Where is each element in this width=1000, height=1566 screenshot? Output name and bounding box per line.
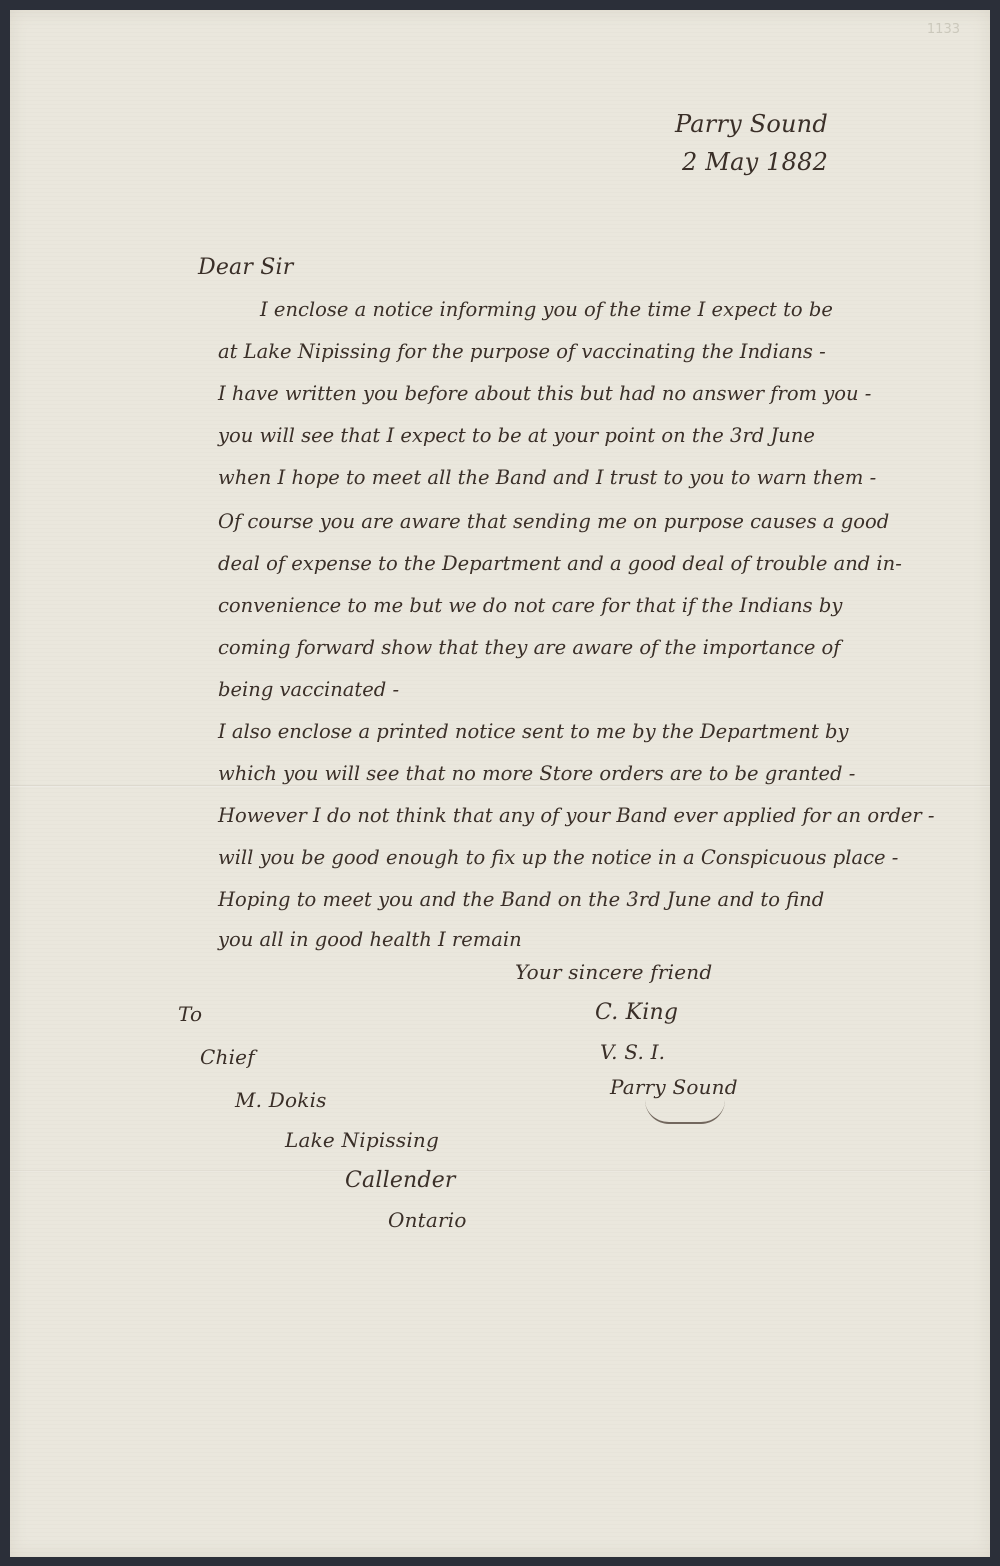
body-line: I enclose a notice informing you of the … xyxy=(260,298,833,321)
signature-title: V. S. I. xyxy=(600,1040,665,1064)
body-line: when I hope to meet all the Band and I t… xyxy=(218,466,876,489)
body-line: being vaccinated - xyxy=(218,678,399,701)
address-line: M. Dokis xyxy=(235,1088,327,1112)
address-line: Ontario xyxy=(388,1208,467,1232)
body-line: coming forward show that they are aware … xyxy=(218,636,841,659)
body-line: Hoping to meet you and the Band on the 3… xyxy=(218,888,824,911)
body-line: I also enclose a printed notice sent to … xyxy=(218,720,849,743)
body-line: will you be good enough to fix up the no… xyxy=(218,846,898,869)
signature-name: C. King xyxy=(595,1000,678,1025)
body-line: Of course you are aware that sending me … xyxy=(218,510,889,533)
body-line: convenience to me but we do not care for… xyxy=(218,594,842,617)
body-line: which you will see that no more Store or… xyxy=(218,762,855,785)
closing: Your sincere friend xyxy=(515,960,712,984)
header-place: Parry Sound xyxy=(675,110,828,138)
address-to: To xyxy=(178,1002,202,1026)
address-line: Chief xyxy=(200,1045,255,1069)
fold-line xyxy=(10,1170,990,1172)
header-date: 2 May 1882 xyxy=(682,148,828,176)
letter-page: 1133 Parry Sound 2 May 1882 Dear Sir I e… xyxy=(10,10,990,1557)
address-line: Callender xyxy=(345,1168,456,1193)
salutation: Dear Sir xyxy=(198,255,294,280)
body-line: I have written you before about this but… xyxy=(218,382,871,405)
address-line: Lake Nipissing xyxy=(285,1128,439,1152)
body-line: you all in good health I remain xyxy=(218,928,522,951)
body-line: you will see that I expect to be at your… xyxy=(218,424,815,447)
fold-line xyxy=(10,785,990,787)
archive-mark: 1133 xyxy=(927,22,960,37)
body-line: at Lake Nipissing for the purpose of vac… xyxy=(218,340,826,363)
signature-place: Parry Sound xyxy=(610,1075,738,1099)
body-line: However I do not think that any of your … xyxy=(218,804,935,827)
signature-flourish xyxy=(645,1100,725,1124)
body-line: deal of expense to the Department and a … xyxy=(218,552,902,575)
